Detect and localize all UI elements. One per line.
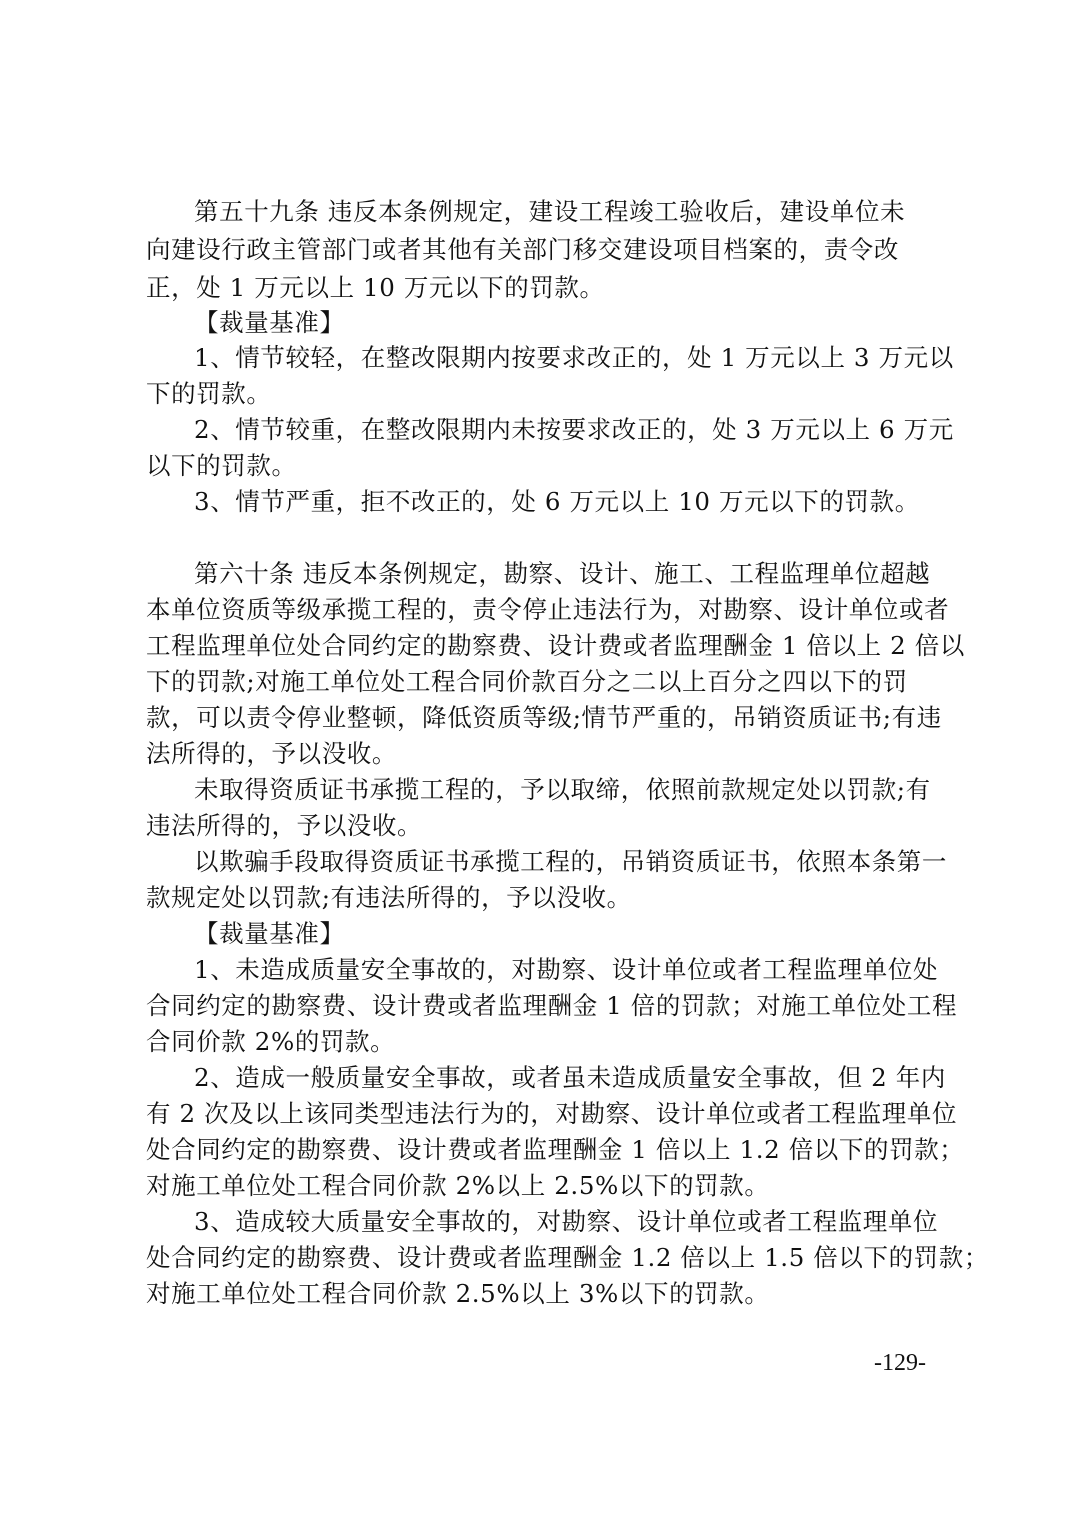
- text-line: 正，处 1 万元以上 10 万元以下的罚款。: [146, 272, 605, 304]
- page-number: -129-: [874, 1350, 926, 1377]
- text-line: 有 2 次及以上该同类型违法行为的，对勘察、设计单位或者工程监理单位: [146, 1098, 957, 1130]
- text-line: 第六十条 违反本条例规定，勘察、设计、施工、工程监理单位超越: [194, 558, 930, 590]
- text-line: 法所得的，予以没收。: [146, 738, 397, 770]
- text-line: 以欺骗手段取得资质证书承揽工程的，吊销资质证书，依照本条第一: [194, 846, 947, 878]
- text-line: 工程监理单位处合同约定的勘察费、设计费或者监理酬金 1 倍以上 2 倍以: [146, 630, 965, 662]
- text-line: 对施工单位处工程合同价款 2%以上 2.5%以下的罚款。: [146, 1170, 769, 1202]
- text-line: 1、情节较轻，在整改限期内按要求改正的，处 1 万元以上 3 万元以: [194, 342, 954, 374]
- text-line: 本单位资质等级承揽工程的，责令停止违法行为，对勘察、设计单位或者: [146, 594, 949, 626]
- text-line: 【裁量基准】: [194, 918, 345, 950]
- text-line: 下的罚款;对施工单位处工程合同价款百分之二以上百分之四以下的罚: [146, 666, 908, 698]
- text-line: 下的罚款。: [146, 378, 272, 410]
- text-line: 2、造成一般质量安全事故，或者虽未造成质量安全事故，但 2 年内: [194, 1062, 946, 1094]
- text-line: 对施工单位处工程合同价款 2.5%以上 3%以下的罚款。: [146, 1278, 769, 1310]
- text-line: 处合同约定的勘察费、设计费或者监理酬金 1.2 倍以上 1.5 倍以下的罚款；: [146, 1242, 989, 1274]
- text-line: 【裁量基准】: [194, 307, 345, 339]
- text-line: 款规定处以罚款;有违法所得的，予以没收。: [146, 882, 632, 914]
- text-line: 违法所得的，予以没收。: [146, 810, 422, 842]
- text-line: 第五十九条 违反本条例规定，建设工程竣工验收后，建设单位未: [194, 196, 905, 228]
- text-line: 1、未造成质量安全事故的，对勘察、设计单位或者工程监理单位处: [194, 954, 938, 986]
- document-page: 第五十九条 违反本条例规定，建设工程竣工验收后，建设单位未向建设行政主管部门或者…: [0, 0, 1075, 1520]
- text-line: 以下的罚款。: [146, 450, 297, 482]
- text-line: 合同约定的勘察费、设计费或者监理酬金 1 倍的罚款；对施工单位处工程: [146, 990, 957, 1022]
- text-line: 未取得资质证书承揽工程的，予以取缔，依照前款规定处以罚款;有: [194, 774, 931, 806]
- text-line: 2、情节较重，在整改限期内未按要求改正的，处 3 万元以上 6 万元: [194, 414, 954, 446]
- text-line: 3、情节严重，拒不改正的，处 6 万元以上 10 万元以下的罚款。: [194, 486, 920, 518]
- text-line: 3、造成较大质量安全事故的，对勘察、设计单位或者工程监理单位: [194, 1206, 938, 1238]
- text-line: 处合同约定的勘察费、设计费或者监理酬金 1 倍以上 1.2 倍以下的罚款；: [146, 1134, 964, 1166]
- text-line: 向建设行政主管部门或者其他有关部门移交建设项目档案的，责令改: [146, 234, 899, 266]
- text-line: 合同价款 2%的罚款。: [146, 1026, 395, 1058]
- text-line: 款，可以责令停业整顿，降低资质等级;情节严重的，吊销资质证书;有违: [146, 702, 942, 734]
